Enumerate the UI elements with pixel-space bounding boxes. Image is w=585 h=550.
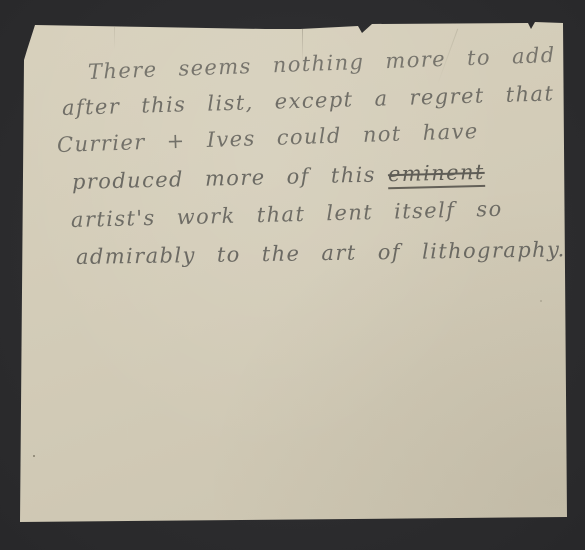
paper-speck — [540, 300, 542, 302]
handwritten-line-4: produced more of thiseminent — [72, 160, 485, 197]
handwritten-line-1: There seems nothing more to add — [88, 43, 556, 84]
paper-crease — [114, 27, 115, 49]
handwritten-line-4-text: produced more of this — [72, 163, 377, 194]
photo-background: There seems nothing more to add after th… — [0, 0, 585, 550]
handwritten-line-5: artist's work that lent itself so — [71, 197, 503, 232]
handwritten-line-2: after this list, except a regret that — [62, 81, 555, 120]
handwritten-line-6: admirably to the art of lithography. — [76, 237, 566, 269]
paper-speck — [33, 455, 35, 457]
note-paper: There seems nothing more to add after th… — [0, 0, 585, 550]
struck-word: eminent — [388, 160, 485, 189]
handwritten-line-3: Currier + Ives could not have — [57, 119, 479, 157]
